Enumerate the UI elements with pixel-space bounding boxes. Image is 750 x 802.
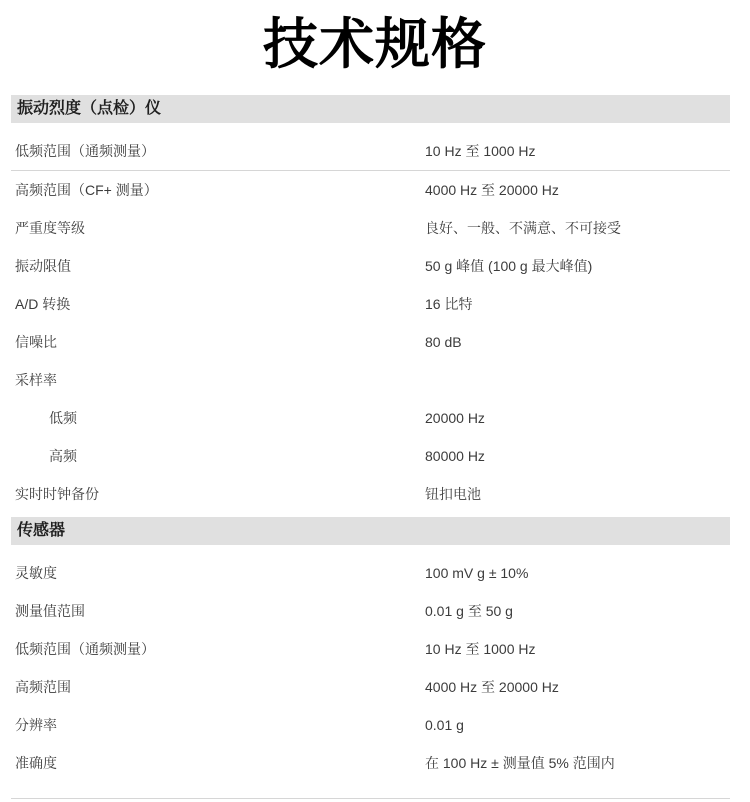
spec-row: 测量值范围0.01 g 至 50 g: [11, 592, 730, 630]
spec-value: 100 mV g ± 10%: [425, 565, 730, 581]
spec-row: 分辨率0.01 g: [11, 706, 730, 744]
spec-label: 低频: [11, 408, 425, 428]
spec-section: 振动烈度（点检）仪低频范围（通频测量）10 Hz 至 1000 Hz高频范围（C…: [11, 95, 730, 513]
spec-row: 高频范围（CF+ 测量）4000 Hz 至 20000 Hz: [11, 171, 730, 209]
spec-value: 10 Hz 至 1000 Hz: [425, 141, 730, 161]
spec-label: 准确度: [11, 753, 425, 773]
spec-row: 灵敏度100 mV g ± 10%: [11, 554, 730, 592]
spec-label: 分辨率: [11, 715, 425, 735]
spec-row: 严重度等级良好、一般、不满意、不可接受: [11, 209, 730, 247]
spec-label: 高频: [11, 446, 425, 466]
section-header: 振动烈度（点检）仪: [11, 95, 730, 123]
spec-label: A/D 转换: [11, 294, 425, 314]
spec-value: 钮扣电池: [425, 484, 730, 504]
spec-row: 低频范围（通频测量）10 Hz 至 1000 Hz: [11, 132, 730, 170]
spec-label: 低频范围（通频测量）: [11, 141, 425, 161]
spec-row: 实时时钟备份钮扣电池: [11, 475, 730, 513]
spec-label: 测量值范围: [11, 601, 425, 621]
spec-value: 20000 Hz: [425, 410, 730, 426]
spec-value: 4000 Hz 至 20000 Hz: [425, 180, 730, 200]
spec-value: 10 Hz 至 1000 Hz: [425, 639, 730, 659]
section-header: 传感器: [11, 517, 730, 545]
spec-row: 信噪比80 dB: [11, 323, 730, 361]
spec-label: 高频范围（CF+ 测量）: [11, 180, 425, 200]
spec-row: 采样率: [11, 361, 730, 399]
spec-label: 低频范围（通频测量）: [11, 639, 425, 659]
spec-row: 低频范围（通频测量）10 Hz 至 1000 Hz: [11, 630, 730, 668]
spec-row: 准确度在 100 Hz ± 测量值 5% 范围内: [11, 744, 730, 782]
spec-label: 实时时钟备份: [11, 484, 425, 504]
spec-row: 振动限值50 g 峰值 (100 g 最大峰值): [11, 247, 730, 285]
spec-value: 16 比特: [425, 294, 730, 314]
spec-label: 灵敏度: [11, 563, 425, 583]
spec-value: 50 g 峰值 (100 g 最大峰值): [425, 256, 730, 276]
section-header-label: 传感器: [17, 522, 65, 539]
spec-value: 0.01 g 至 50 g: [425, 601, 730, 621]
spec-value: 80 dB: [425, 334, 730, 350]
spec-label: 采样率: [11, 370, 425, 390]
spec-label: 信噪比: [11, 332, 425, 352]
spec-value: 4000 Hz 至 20000 Hz: [425, 677, 730, 697]
spec-value: 良好、一般、不满意、不可接受: [425, 218, 730, 238]
spec-section: 传感器灵敏度100 mV g ± 10%测量值范围0.01 g 至 50 g低频…: [11, 517, 730, 782]
spec-label: 振动限值: [11, 256, 425, 276]
section-header-label: 振动烈度（点检）仪: [17, 100, 161, 117]
spec-row: 低频20000 Hz: [11, 399, 730, 437]
spec-row: 高频范围4000 Hz 至 20000 Hz: [11, 668, 730, 706]
spec-value: 在 100 Hz ± 测量值 5% 范围内: [425, 753, 730, 773]
spec-value: 0.01 g: [425, 717, 730, 733]
spec-label: 严重度等级: [11, 218, 425, 238]
spec-row: 高频80000 Hz: [11, 437, 730, 475]
spec-label: 高频范围: [11, 677, 425, 697]
spec-row: A/D 转换16 比特: [11, 285, 730, 323]
page-title: 技术规格: [0, 0, 750, 95]
bottom-divider: [11, 798, 730, 799]
spec-table: 振动烈度（点检）仪低频范围（通频测量）10 Hz 至 1000 Hz高频范围（C…: [11, 95, 730, 799]
spec-value: 80000 Hz: [425, 448, 730, 464]
